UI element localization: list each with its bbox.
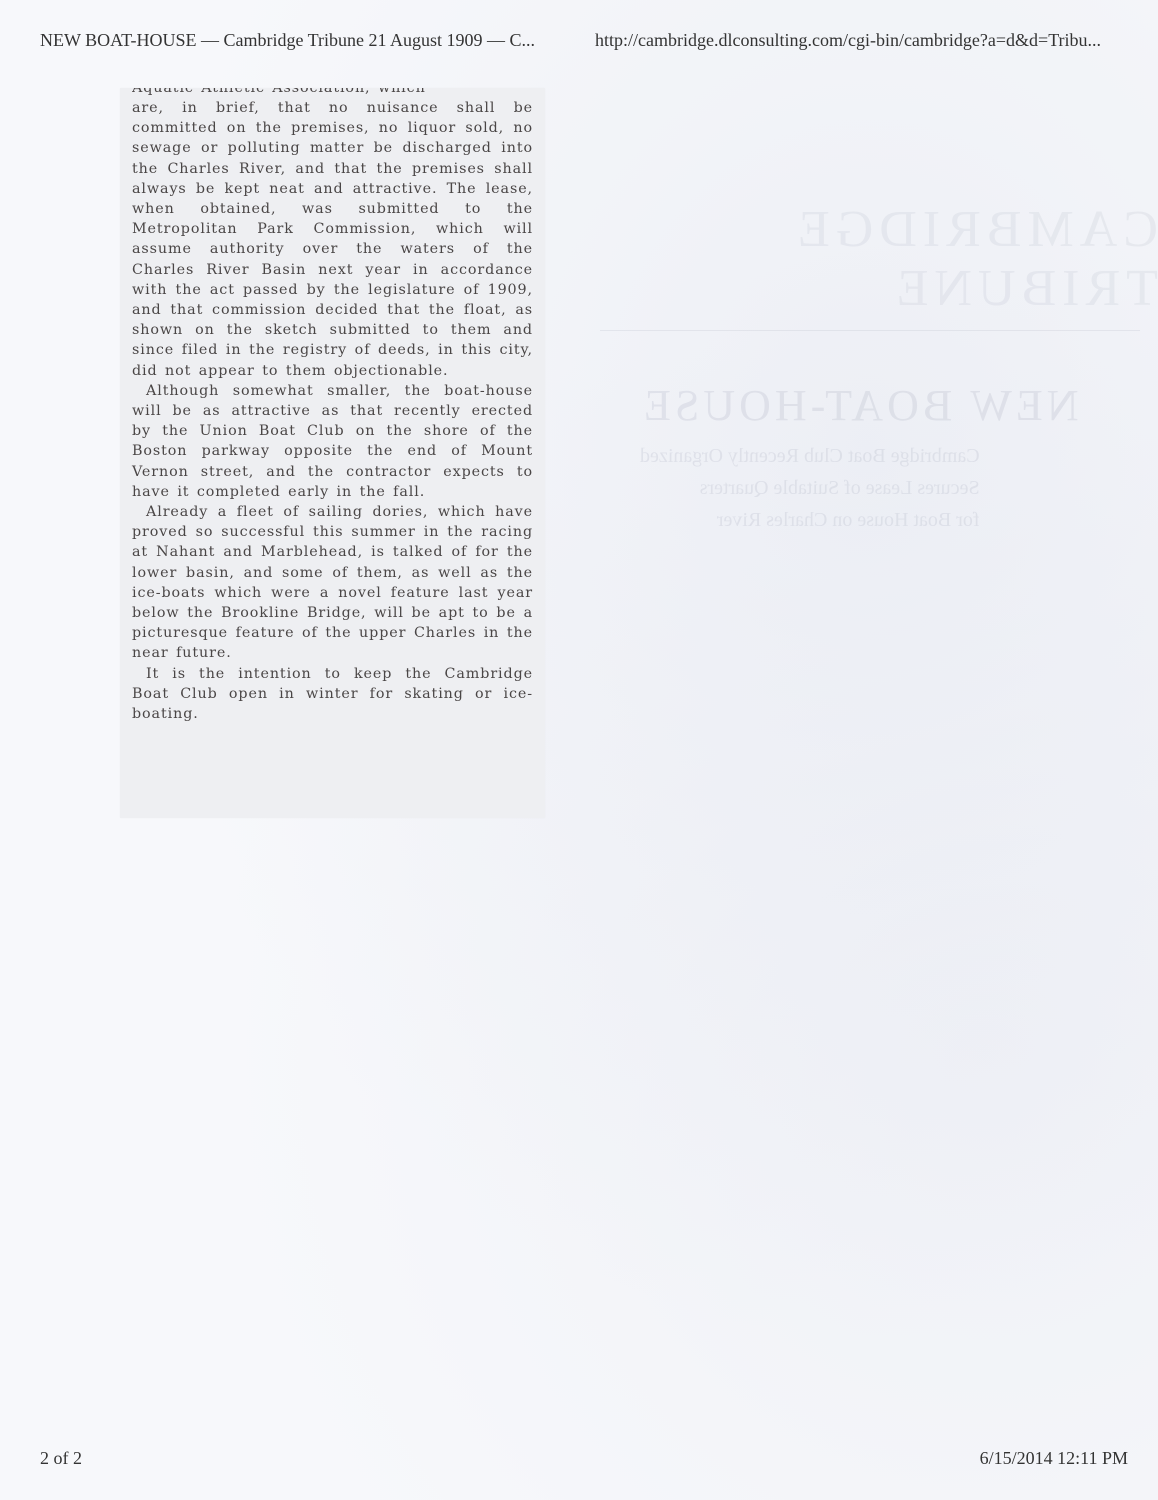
clipped-top-line: Aquatic Athletic Association, which (132, 88, 533, 98)
article-paragraph: Already a fleet of sailing dories, which… (132, 502, 533, 664)
bleed-subhead-line: Cambridge Boat Club Recently Organized (640, 440, 980, 472)
bleed-subhead-line: for Boat House on Charles River (640, 504, 980, 536)
newspaper-clipping: Aquatic Athletic Association, which are,… (120, 88, 545, 818)
source-url: http://cambridge.dlconsulting.com/cgi-bi… (595, 30, 1101, 51)
bleed-through-masthead: CAMBRIDGE TRIBUNE (620, 200, 1158, 318)
page-indicator: 2 of 2 (40, 1448, 82, 1469)
print-header: NEW BOAT-HOUSE — Cambridge Tribune 21 Au… (40, 30, 1128, 54)
document-title: NEW BOAT-HOUSE — Cambridge Tribune 21 Au… (40, 30, 535, 51)
article-paragraph: are, in brief, that no nuisance shall be… (132, 98, 533, 381)
print-timestamp: 6/15/2014 12:11 PM (980, 1448, 1128, 1469)
print-footer: 2 of 2 6/15/2014 12:11 PM (40, 1448, 1128, 1472)
bleed-divider-line (600, 330, 1140, 331)
article-paragraph: It is the intention to keep the Cambridg… (132, 664, 533, 725)
bleed-subhead-line: Secures Lease of Suitable Quarters (640, 472, 980, 504)
bleed-through-headline: NEW BOAT-HOUSE (640, 380, 1079, 431)
bleed-through-subhead: Cambridge Boat Club Recently Organized S… (640, 440, 980, 536)
article-paragraph: Although somewhat smaller, the boat-hous… (132, 381, 533, 502)
article-body: Aquatic Athletic Association, which are,… (120, 88, 545, 724)
